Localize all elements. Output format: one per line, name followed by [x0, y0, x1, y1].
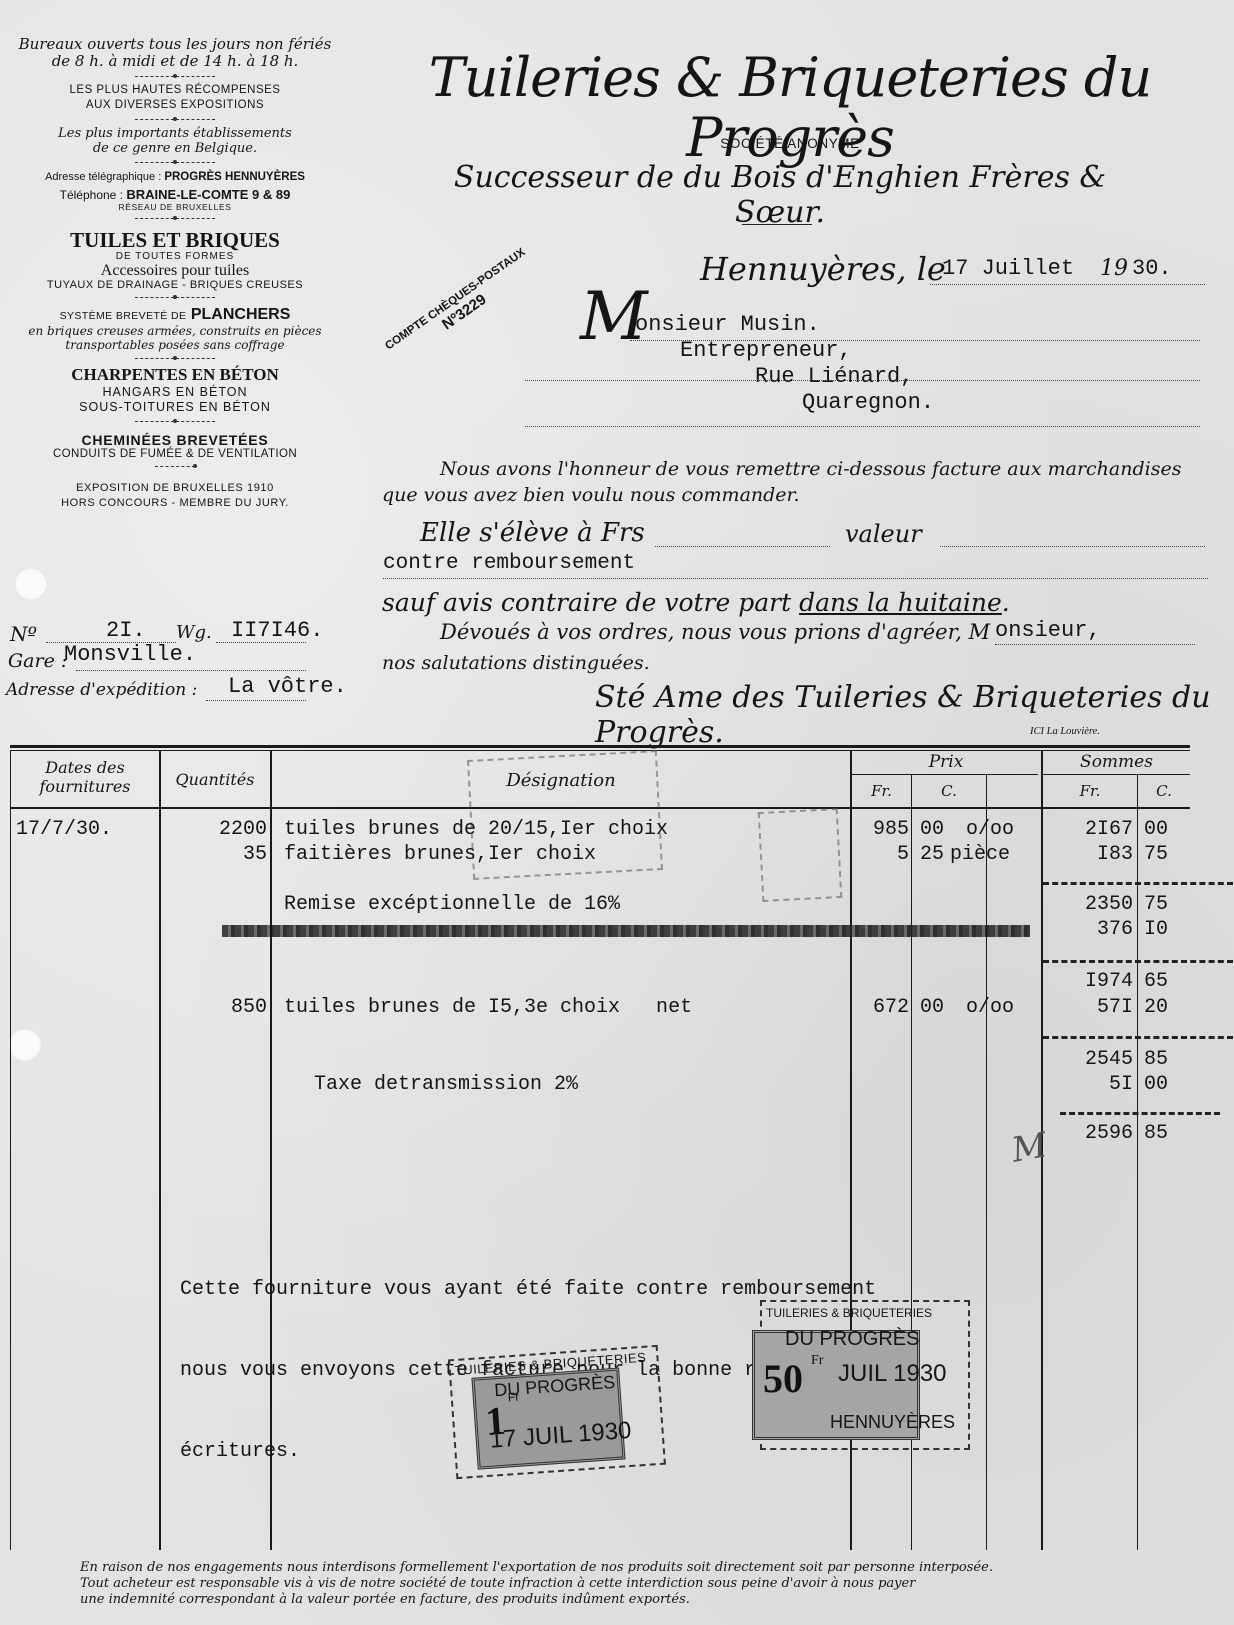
table-top-rule [10, 750, 1190, 751]
column-header-quantities: Quantités [161, 770, 269, 789]
legal-notice: En raison de nos engagements nous interd… [80, 1560, 1160, 1608]
column-header-price: Prix [852, 752, 1040, 772]
fiscal-stamp-1: 1 Fr TUILERIES & BRIQUETERIES DU PROGRÈS… [448, 1345, 666, 1479]
row-quantity: 35 [161, 843, 267, 866]
subtotal-divider [1043, 1036, 1233, 1039]
table-top-rule [10, 745, 1190, 748]
row-quantity: 2200 [161, 818, 267, 841]
struck-out-line [222, 925, 1030, 937]
rubber-stamp-mark [758, 808, 843, 902]
subtotal-divider [1043, 960, 1233, 963]
row-date: 17/7/30. [16, 818, 112, 841]
invoice-total-centimes: 85 [1144, 1122, 1168, 1145]
row-designation: faitières brunes,Ier choix [284, 843, 596, 866]
stamp-value: 50 [763, 1355, 803, 1402]
cancellation-text: TUILERIES & BRIQUETERIES [766, 1306, 932, 1320]
cancellation-date: JUIL 1930 [838, 1360, 947, 1388]
row-designation: tuiles brunes de I5,3e choix net [284, 996, 692, 1019]
fiscal-stamp-2: 50 Fr TUILERIES & BRIQUETERIES DU PROGRÈ… [750, 1300, 970, 1450]
row-designation: Taxe detransmission 2% [314, 1073, 578, 1096]
row-designation: tuiles brunes de 20/15,Ier choix [284, 818, 668, 841]
column-header-sums: Sommes [1043, 752, 1190, 772]
invoice-document: Bureaux ouverts tous les jours non férié… [0, 0, 1234, 1625]
handwritten-initials: M [1009, 1125, 1050, 1170]
row-quantity: 850 [161, 996, 267, 1019]
subtotal-divider [1043, 882, 1233, 885]
invoice-total-francs: 2596 [1043, 1122, 1133, 1145]
row-designation: Remise excéptionnelle de 16% [284, 893, 620, 916]
total-divider [1060, 1112, 1220, 1115]
column-header-dates: Dates des fournitures [12, 758, 158, 796]
